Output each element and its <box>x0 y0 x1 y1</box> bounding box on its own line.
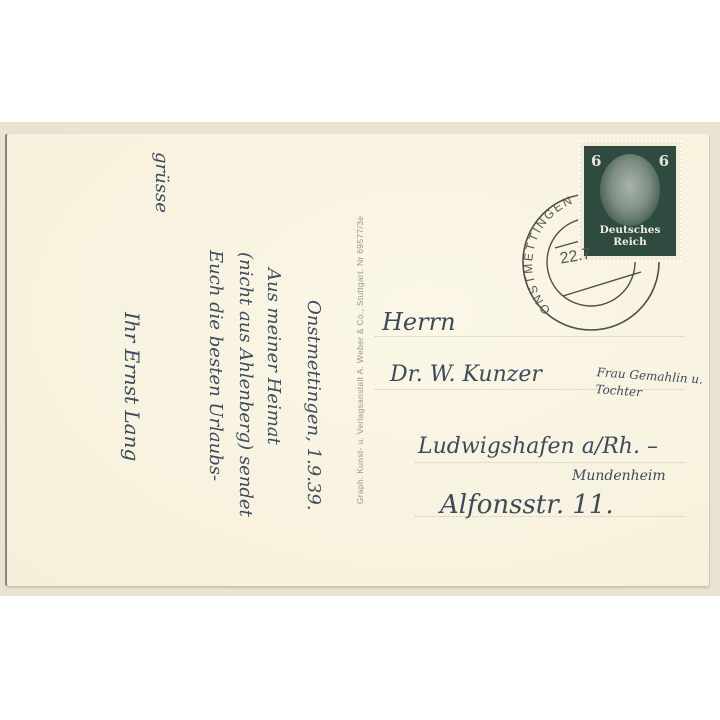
message-line-2: (nicht aus Ahlenberg) sendet <box>235 252 256 517</box>
stamp-value-left: 6 <box>591 152 601 170</box>
message-line-4: grüsse <box>151 152 172 213</box>
message-signature: Ihr Ernst Lang <box>120 312 144 461</box>
address-street: Alfonsstr. 11. <box>440 490 614 520</box>
message-place-date: Onstmettingen, 1.9.39. <box>303 300 324 511</box>
address-line-3 <box>415 462 685 463</box>
stamp-country: Deutsches Reich <box>584 224 676 248</box>
address-district: Mundenheim <box>572 468 666 484</box>
postage-stamp: 6 6 Deutsches Reich <box>578 140 682 262</box>
portrait-medallion-icon <box>600 154 660 226</box>
message-line-1: Aus meiner Heimat <box>263 268 284 445</box>
printer-imprint: Graph. Kunst- u. Verlagsanstalt A. Weber… <box>355 216 365 504</box>
stamp-value-right: 6 <box>659 152 669 170</box>
address-salutation: Herrn <box>382 308 456 336</box>
address-city: Ludwigshafen a/Rh. – <box>418 434 658 459</box>
address-name: Dr. W. Kunzer <box>390 362 542 387</box>
address-line-1 <box>375 336 685 337</box>
message-line-3: Euch die besten Urlaubs- <box>205 250 226 481</box>
